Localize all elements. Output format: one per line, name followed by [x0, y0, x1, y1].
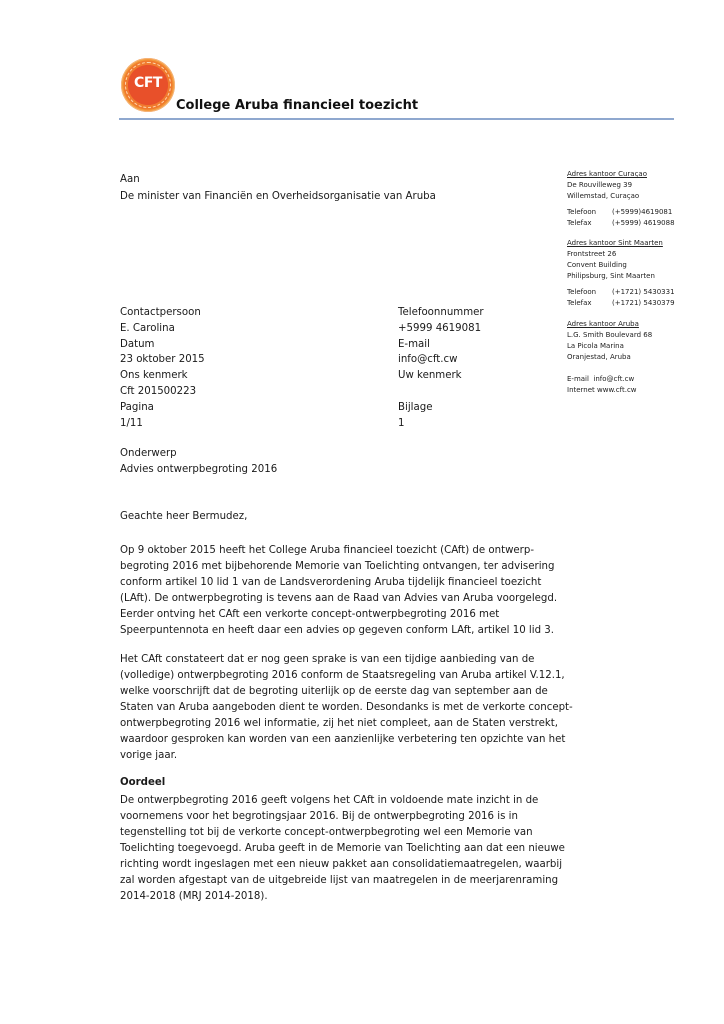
meta-value-contact: E. Carolina — [120, 321, 205, 337]
meta-value-our-ref: Cft 201500223 — [120, 384, 205, 400]
meta-value-email: info@cft.cw — [398, 352, 484, 368]
office-aruba-heading: Adres kantoor Aruba — [567, 319, 652, 330]
meta-value-your-ref — [398, 384, 484, 400]
meta-label-phone: Telefoonnummer — [398, 305, 484, 321]
text-line: 2014-2018 (MRJ 2014-2018). — [120, 889, 640, 905]
office-curacao-fax-label: Telefax — [567, 218, 612, 229]
text-line: (LAft). De ontwerpbegroting is tevens aa… — [120, 591, 640, 607]
text-line: Staten van Aruba aangeboden dient te wor… — [120, 700, 640, 716]
salutation: Geachte heer Bermudez, — [120, 511, 247, 522]
meta-label-attachment: Bijlage — [398, 400, 484, 416]
text-line: waardoor gesproken kan worden van een aa… — [120, 732, 640, 748]
text-line: richting wordt ingeslagen met een nieuw … — [120, 857, 640, 873]
addressee-name: De minister van Financiën en Overheidsor… — [120, 188, 436, 205]
meta-value-phone: +5999 4619081 — [398, 321, 484, 337]
text-line: welke voorschrijft dat de begroting uite… — [120, 684, 640, 700]
text-line: begroting 2016 met bijbehorende Memorie … — [120, 559, 640, 575]
text-line: (volledige) ontwerpbegroting 2016 confor… — [120, 668, 640, 684]
office-aruba: Adres kantoor Aruba L.G. Smith Boulevard… — [567, 319, 652, 363]
office-curacao-phone: (+5999)4619081 — [612, 208, 672, 216]
meta-value-attachment: 1 — [398, 416, 484, 432]
meta-value-page: 1/11 — [120, 416, 205, 432]
meta-label-our-ref: Ons kenmerk — [120, 368, 205, 384]
text-line: vorige jaar. — [120, 748, 640, 764]
office-sxm-line: Convent Building — [567, 260, 675, 271]
section-heading-oordeel: Oordeel — [120, 777, 165, 788]
text-line: Eerder ontving het CAft een verkorte con… — [120, 607, 640, 623]
text-line: De ontwerpbegroting 2016 geeft volgens h… — [120, 793, 640, 809]
subject-label: Onderwerp — [120, 446, 277, 462]
office-curacao-line: Willemstad, Curaçao — [567, 191, 675, 202]
office-contact: E-mail info@cft.cw Internet www.cft.cw — [567, 374, 637, 396]
meta-label-contact: Contactpersoon — [120, 305, 205, 321]
office-email[interactable]: E-mail info@cft.cw — [567, 374, 637, 385]
addressee-label: Aan — [120, 171, 436, 188]
office-curacao-line: De Rouvilleweg 39 — [567, 180, 675, 191]
office-aruba-line: Oranjestad, Aruba — [567, 352, 652, 363]
header-divider — [119, 118, 674, 120]
subject-value: Advies ontwerpbegroting 2016 — [120, 462, 277, 478]
office-aruba-line: La Picola Marina — [567, 341, 652, 352]
office-sxm-heading: Adres kantoor Sint Maarten — [567, 238, 675, 249]
office-sxm-fax-label: Telefax — [567, 298, 612, 309]
office-sint-maarten: Adres kantoor Sint Maarten Frontstreet 2… — [567, 238, 675, 309]
meta-value-date: 23 oktober 2015 — [120, 352, 205, 368]
body-paragraph-3: De ontwerpbegroting 2016 geeft volgens h… — [120, 793, 640, 905]
meta-label-page: Pagina — [120, 400, 205, 416]
office-sxm-line: Philipsburg, Sint Maarten — [567, 271, 675, 282]
subject-block: Onderwerp Advies ontwerpbegroting 2016 — [120, 446, 277, 478]
body-paragraph-1: Op 9 oktober 2015 heeft het College Arub… — [120, 543, 640, 639]
office-curacao: Adres kantoor Curaçao De Rouvilleweg 39 … — [567, 169, 675, 229]
office-sxm-phone-label: Telefoon — [567, 287, 612, 298]
office-curacao-phone-label: Telefoon — [567, 207, 612, 218]
office-sxm-fax: (+1721) 5430379 — [612, 299, 675, 307]
office-curacao-fax: (+5999) 4619088 — [612, 219, 675, 227]
meta-right: Telefoonnummer +5999 4619081 E-mail info… — [398, 305, 484, 431]
office-sxm-line: Frontstreet 26 — [567, 249, 675, 260]
meta-label-date: Datum — [120, 337, 205, 353]
text-line: Speerpuntennota en heeft daar een advies… — [120, 623, 640, 639]
text-line: ontwerpbegroting 2016 wel informatie, zi… — [120, 716, 640, 732]
office-sxm-phone: (+1721) 5430331 — [612, 288, 675, 296]
addressee-block: Aan De minister van Financiën en Overhei… — [120, 171, 436, 205]
text-line: Toelichting toegevoegd. Aruba geeft in d… — [120, 841, 640, 857]
text-line: conform artikel 10 lid 1 van de Landsver… — [120, 575, 640, 591]
meta-label-email: E-mail — [398, 337, 484, 353]
logo-text: CFT — [121, 75, 175, 91]
office-aruba-line: L.G. Smith Boulevard 68 — [567, 330, 652, 341]
office-website[interactable]: Internet www.cft.cw — [567, 385, 637, 396]
org-name: College Aruba financieel toezicht — [176, 98, 418, 113]
text-line: voornemens voor het begrotingsjaar 2016.… — [120, 809, 640, 825]
text-line: Het CAft constateert dat er nog geen spr… — [120, 652, 640, 668]
cft-logo: CFT — [121, 58, 175, 112]
text-line: Op 9 oktober 2015 heeft het College Arub… — [120, 543, 640, 559]
meta-left: Contactpersoon E. Carolina Datum 23 okto… — [120, 305, 205, 431]
office-curacao-heading: Adres kantoor Curaçao — [567, 169, 675, 180]
body-paragraph-2: Het CAft constateert dat er nog geen spr… — [120, 652, 640, 764]
text-line: tegenstelling tot bij de verkorte concep… — [120, 825, 640, 841]
text-line: zal worden afgestapt van de uitgebreide … — [120, 873, 640, 889]
meta-label-your-ref: Uw kenmerk — [398, 368, 484, 384]
